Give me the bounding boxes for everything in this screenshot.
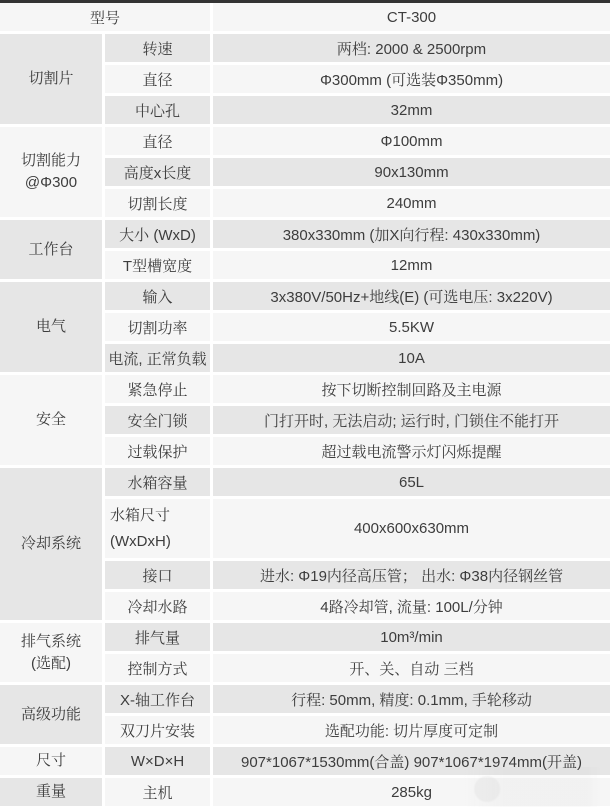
spec-value-cell: 10m³/min bbox=[213, 623, 610, 654]
spec-label-cell: 安全门锁 bbox=[105, 406, 213, 437]
spec-label-cell: 主机 bbox=[105, 778, 213, 809]
spec-label: 水箱尺寸 bbox=[110, 503, 210, 529]
spec-label-cell: 控制方式 bbox=[105, 654, 213, 685]
spec-label-cell: 切割功率 bbox=[105, 313, 213, 344]
category-cell: 切割能力@Φ300 bbox=[0, 127, 105, 220]
category-label: 尺寸 bbox=[0, 750, 102, 772]
spec-value-cell: 65L bbox=[213, 468, 610, 499]
category-cell: 切割片 bbox=[0, 34, 105, 127]
spec-label-cell: 大小 (WxD) bbox=[105, 220, 213, 251]
spec-row: 型号CT-300 bbox=[0, 3, 610, 34]
category-label: 排气系统 bbox=[0, 631, 102, 653]
category-label: 冷却系统 bbox=[0, 533, 102, 555]
spec-value-cell: 400x600x630mm bbox=[213, 499, 610, 561]
spec-row: 重量主机285kg bbox=[0, 778, 610, 809]
spec-value-cell: 选配功能: 切片厚度可定制 bbox=[213, 716, 610, 747]
category-label: 重量 bbox=[0, 781, 102, 803]
spec-label-cell: T型槽宽度 bbox=[105, 251, 213, 282]
spec-value-cell: 两档: 2000 & 2500rpm bbox=[213, 34, 610, 65]
spec-value-cell: 行程: 50mm, 精度: 0.1mm, 手轮移动 bbox=[213, 685, 610, 716]
spec-label-cell: 双刀片安装 bbox=[105, 716, 213, 747]
spec-label-cell: 接口 bbox=[105, 561, 213, 592]
spec-label-cell: 中心孔 bbox=[105, 96, 213, 127]
spec-value-cell: 32mm bbox=[213, 96, 610, 127]
spec-label-cell: W×D×H bbox=[105, 747, 213, 778]
spec-label-cell: 排气量 bbox=[105, 623, 213, 654]
spec-value-cell: 3x380V/50Hz+地线(E) (可选电压: 3x220V) bbox=[213, 282, 610, 313]
spec-value-cell: 12mm bbox=[213, 251, 610, 282]
spec-value-cell: 进水: Φ19内径高压管； 出水: Φ38内径钢丝管 bbox=[213, 561, 610, 592]
spec-value-cell: 10A bbox=[213, 344, 610, 375]
spec-row: 电气输入3x380V/50Hz+地线(E) (可选电压: 3x220V) bbox=[0, 282, 610, 313]
category-cell: 排气系统(选配) bbox=[0, 623, 105, 685]
spec-value-cell: 285kg bbox=[213, 778, 610, 809]
category-cell: 重量 bbox=[0, 778, 105, 809]
spec-value-cell: 超过载电流警示灯闪烁提醒 bbox=[213, 437, 610, 468]
spec-value-cell: 380x330mm (加X向行程: 430x330mm) bbox=[213, 220, 610, 251]
spec-label-cell: 水箱容量 bbox=[105, 468, 213, 499]
category-cell: 尺寸 bbox=[0, 747, 105, 778]
spec-value-cell: Φ300mm (可选装Φ350mm) bbox=[213, 65, 610, 96]
model-label-cell: 型号 bbox=[0, 3, 213, 34]
spec-table: 型号CT-300切割片转速两档: 2000 & 2500rpm直径Φ300mm … bbox=[0, 3, 610, 809]
spec-label-cell: 转速 bbox=[105, 34, 213, 65]
spec-row: 切割片转速两档: 2000 & 2500rpm bbox=[0, 34, 610, 65]
spec-label-cell: 直径 bbox=[105, 65, 213, 96]
spec-row: 排气系统(选配)排气量10m³/min bbox=[0, 623, 610, 654]
spec-value-cell: 开、关、自动 三档 bbox=[213, 654, 610, 685]
spec-value-cell: Φ100mm bbox=[213, 127, 610, 158]
spec-value-cell: 4路冷却管, 流量: 100L/分钟 bbox=[213, 592, 610, 623]
spec-value-cell: 门打开时, 无法启动; 运行时, 门锁住不能打开 bbox=[213, 406, 610, 437]
category-label: 切割能力 bbox=[0, 150, 102, 172]
category-cell: 冷却系统 bbox=[0, 468, 105, 623]
spec-value-cell: 907*1067*1530mm(合盖) 907*1067*1974mm(开盖) bbox=[213, 747, 610, 778]
category-cell: 高级功能 bbox=[0, 685, 105, 747]
spec-row: 切割能力@Φ300直径Φ100mm bbox=[0, 127, 610, 158]
spec-label-cell: 输入 bbox=[105, 282, 213, 313]
spec-row: 高级功能X-轴工作台行程: 50mm, 精度: 0.1mm, 手轮移动 bbox=[0, 685, 610, 716]
category-cell: 工作台 bbox=[0, 220, 105, 282]
spec-value-cell: 90x130mm bbox=[213, 158, 610, 189]
spec-row: 工作台大小 (WxD)380x330mm (加X向行程: 430x330mm) bbox=[0, 220, 610, 251]
category-label: @Φ300 bbox=[0, 172, 102, 194]
category-label: (选配) bbox=[0, 653, 102, 675]
category-label: 高级功能 bbox=[0, 704, 102, 726]
spec-label-cell: 直径 bbox=[105, 127, 213, 158]
spec-row: 尺寸W×D×H907*1067*1530mm(合盖) 907*1067*1974… bbox=[0, 747, 610, 778]
category-label: 切割片 bbox=[0, 68, 102, 90]
category-label: 安全 bbox=[0, 409, 102, 431]
spec-label-cell: X-轴工作台 bbox=[105, 685, 213, 716]
spec-label-cell: 水箱尺寸(WxDxH) bbox=[105, 499, 213, 561]
spec-label-cell: 电流, 正常负载 bbox=[105, 344, 213, 375]
category-label: 工作台 bbox=[0, 239, 102, 261]
spec-label-cell: 切割长度 bbox=[105, 189, 213, 220]
spec-value-cell: 240mm bbox=[213, 189, 610, 220]
model-value-cell: CT-300 bbox=[213, 3, 610, 34]
category-label: 电气 bbox=[0, 316, 102, 338]
spec-row: 冷却系统水箱容量65L bbox=[0, 468, 610, 499]
spec-label-cell: 紧急停止 bbox=[105, 375, 213, 406]
spec-value-cell: 5.5KW bbox=[213, 313, 610, 344]
spec-label-cell: 高度x长度 bbox=[105, 158, 213, 189]
spec-row: 安全紧急停止按下切断控制回路及主电源 bbox=[0, 375, 610, 406]
category-cell: 安全 bbox=[0, 375, 105, 468]
spec-label-cell: 过载保护 bbox=[105, 437, 213, 468]
spec-value-cell: 按下切断控制回路及主电源 bbox=[213, 375, 610, 406]
spec-label: (WxDxH) bbox=[110, 529, 210, 555]
category-cell: 电气 bbox=[0, 282, 105, 375]
spec-label-cell: 冷却水路 bbox=[105, 592, 213, 623]
